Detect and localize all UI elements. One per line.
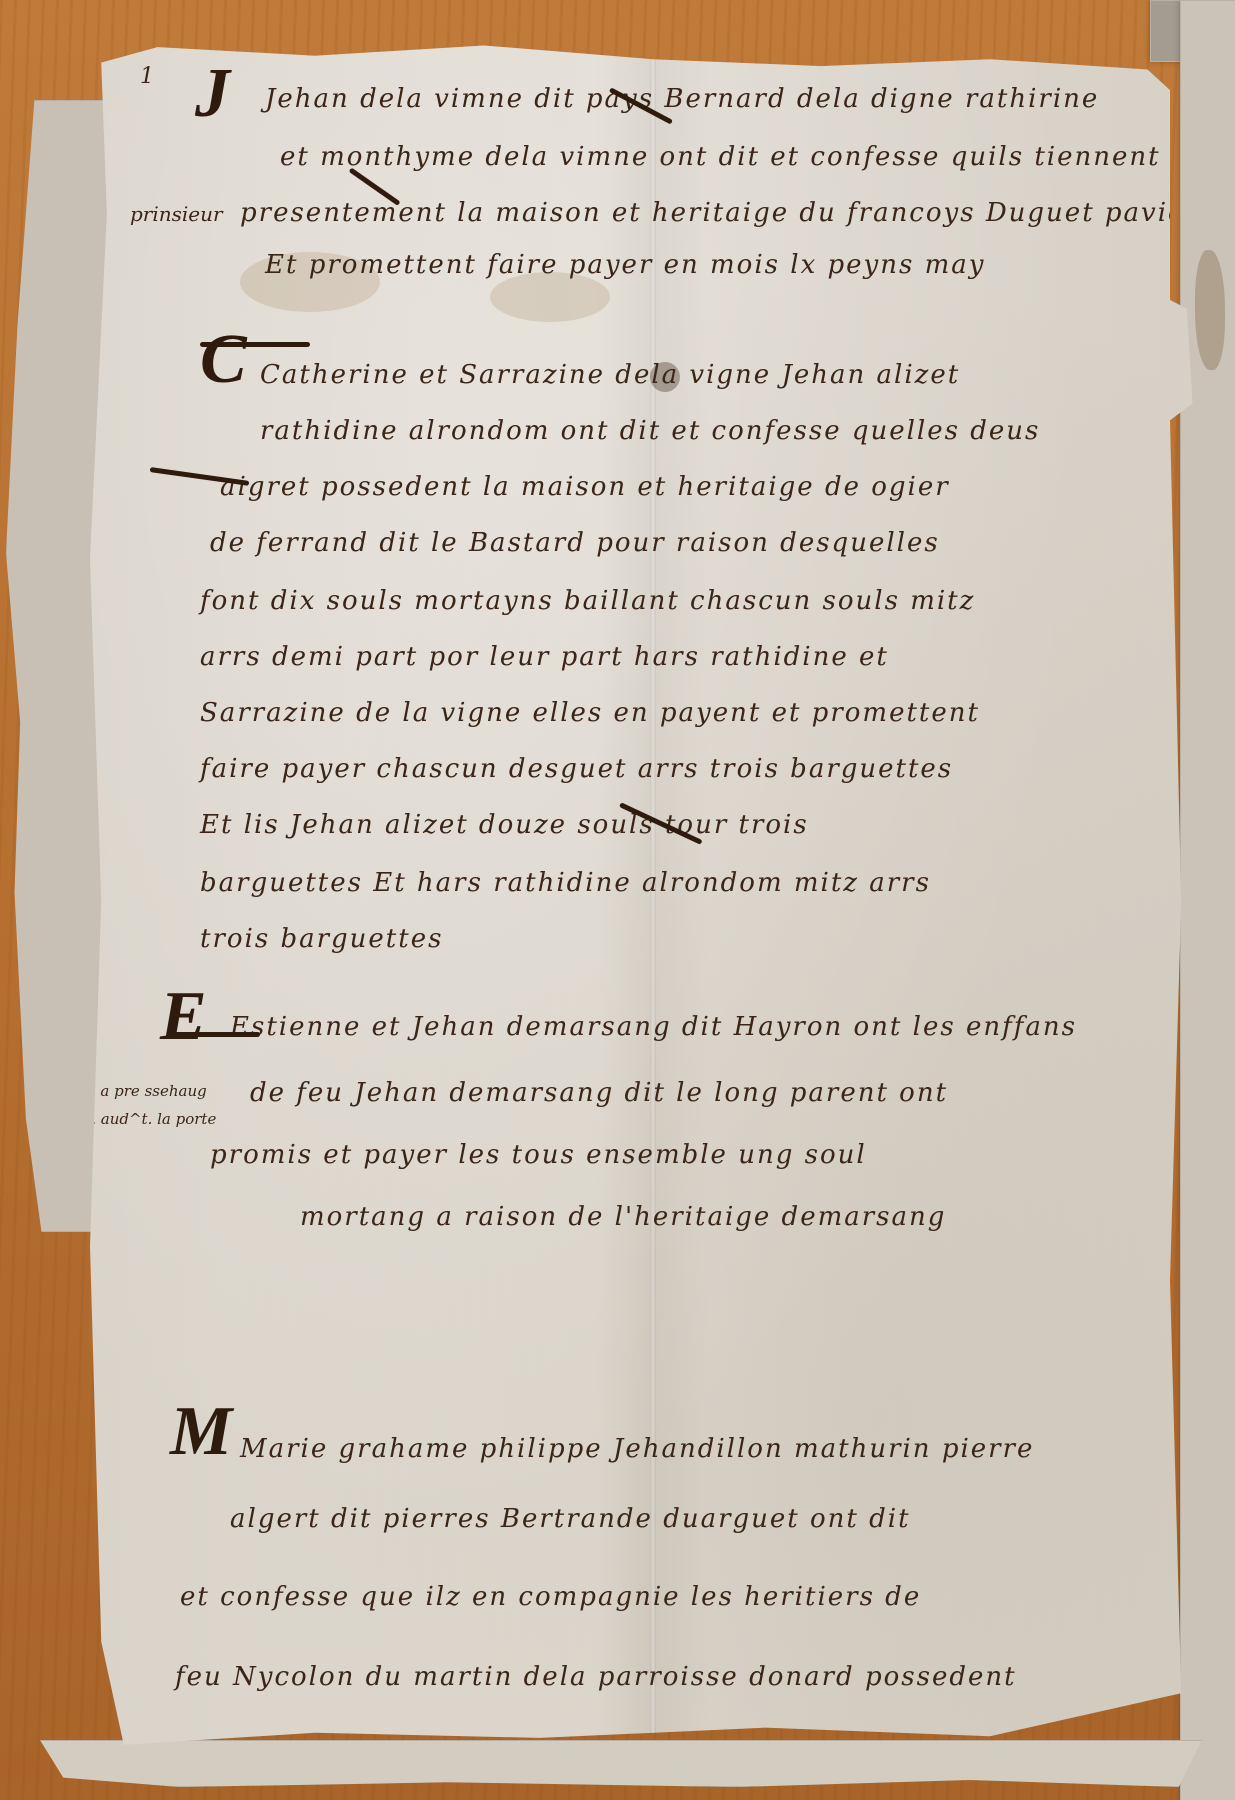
entry-4-line-2: algert dit pierres Bertrande duarguet on… xyxy=(230,1504,911,1534)
paper-tear-hole xyxy=(1195,250,1225,370)
entry-initial: C xyxy=(200,320,247,400)
entry-2-line-8: faire payer chascun desguet arrs trois b… xyxy=(200,754,953,784)
entry-4-line-3: et confesse que ilz en compagnie les her… xyxy=(180,1582,921,1612)
entry-2-line-4: de ferrand dit le Bastard pour raison de… xyxy=(210,528,940,558)
entry-2-line-10: barguettes Et hars rathidine alrondom mi… xyxy=(200,868,931,898)
entry-initial: E xyxy=(160,977,207,1057)
entry-3-line-4: mortang a raison de l'heritaige demarsan… xyxy=(300,1202,946,1232)
entry-4-line-4: feu Nycolon du martin dela parroisse don… xyxy=(175,1662,1017,1692)
page-number-mark: 1 xyxy=(140,64,154,89)
entry-2-line-1: Catherine et Sarrazine dela vigne Jehan … xyxy=(260,360,960,390)
entry-2-line-9: Et lis Jehan alizet douze souls tour tro… xyxy=(200,810,809,840)
entry-2-line-5: font dix souls mortayns baillant chascun… xyxy=(200,586,975,616)
pen-stroke xyxy=(200,342,310,347)
entry-4-line-1: Marie grahame philippe Jehandillon mathu… xyxy=(240,1434,1034,1464)
manuscript-page: 1 J Jehan dela vimne dit pays Bernard de… xyxy=(90,42,1215,1762)
entry-initial: M xyxy=(170,1392,232,1472)
entry-1-line-1: Jehan dela vimne dit pays Bernard dela d… xyxy=(265,84,1099,114)
entry-2-line-6: arrs demi part por leur part hars rathid… xyxy=(200,642,889,672)
entry-3-line-2: de feu Jehan demarsang dit le long paren… xyxy=(250,1078,948,1108)
pen-stroke xyxy=(170,1032,260,1037)
entry-1-line-3: presentement la maison et heritaige du f… xyxy=(240,198,1185,228)
entry-3-line-1: Estienne et Jehan demarsang dit Hayron o… xyxy=(230,1012,1077,1042)
entry-1-margin-word: prinsieur xyxy=(130,202,223,226)
entry-2-line-3: aigret possedent la maison et heritaige … xyxy=(220,472,950,502)
entry-initial: J xyxy=(195,54,230,134)
entry-1-line-4: Et promettent faire payer en mois lx pey… xyxy=(265,250,985,280)
entry-1-line-2: et monthyme dela vimne ont dit et confes… xyxy=(280,142,1161,172)
entry-2-line-11: trois barguettes xyxy=(200,924,443,954)
entry-2-line-2: rathidine alrondom ont dit et confesse q… xyxy=(260,416,1040,446)
entry-2-line-7: Sarrazine de la vigne elles en payent et… xyxy=(200,698,980,728)
background-page-bottom-edge xyxy=(40,1740,1202,1787)
entry-3-line-3: promis et payer les tous ensemble ung so… xyxy=(210,1140,867,1170)
